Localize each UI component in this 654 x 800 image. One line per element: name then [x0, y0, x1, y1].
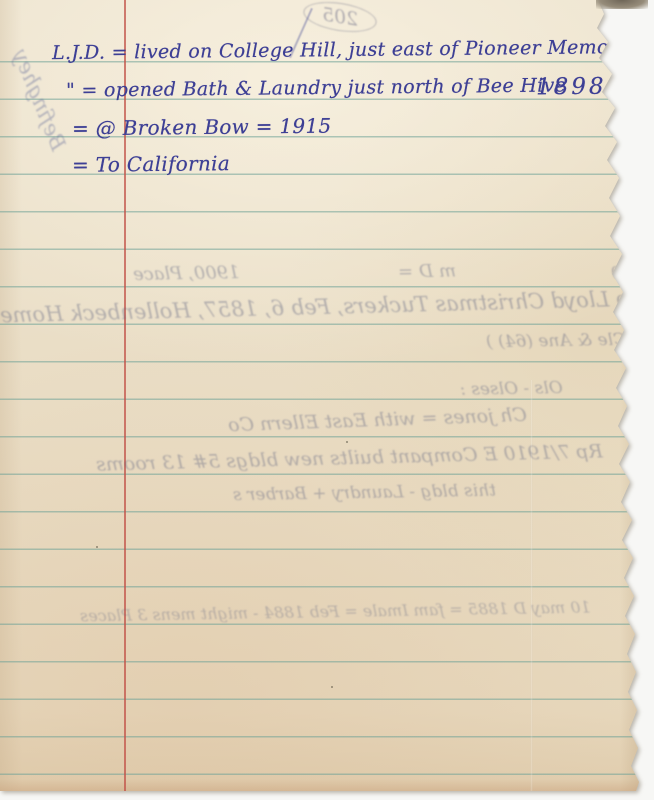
- top-edge-notch-shadow: [596, 0, 648, 9]
- bleedthrough-row1-mid: m D =: [398, 260, 456, 282]
- bleedthrough-row1-left: 1900, Place: [133, 262, 240, 285]
- bottom-edge-shading: [0, 779, 654, 791]
- paper-speck: [346, 441, 348, 443]
- bleedthrough-row3: ( Cle & Ane (64) ): [486, 330, 638, 353]
- scanned-notebook-photo: 205 Befinghey 1900, Place m D = 190 To L…: [0, 0, 654, 800]
- notebook-page: 205 Befinghey 1900, Place m D = 190 To L…: [0, 0, 654, 791]
- paper-speck: [331, 686, 333, 688]
- paper-speck: [96, 546, 98, 548]
- ink-note-line-4: = To California: [72, 151, 230, 177]
- ink-note-line-3: = @ Broken Bow = 1915: [72, 114, 332, 141]
- paper-shadow-wrap: 205 Befinghey 1900, Place m D = 190 To L…: [0, 0, 654, 800]
- bleedthrough-row4: Ols - Olses :: [460, 378, 563, 400]
- ink-note-line-2-year: 1898: [536, 74, 607, 101]
- bleedthrough-row1-right: 190: [611, 263, 646, 285]
